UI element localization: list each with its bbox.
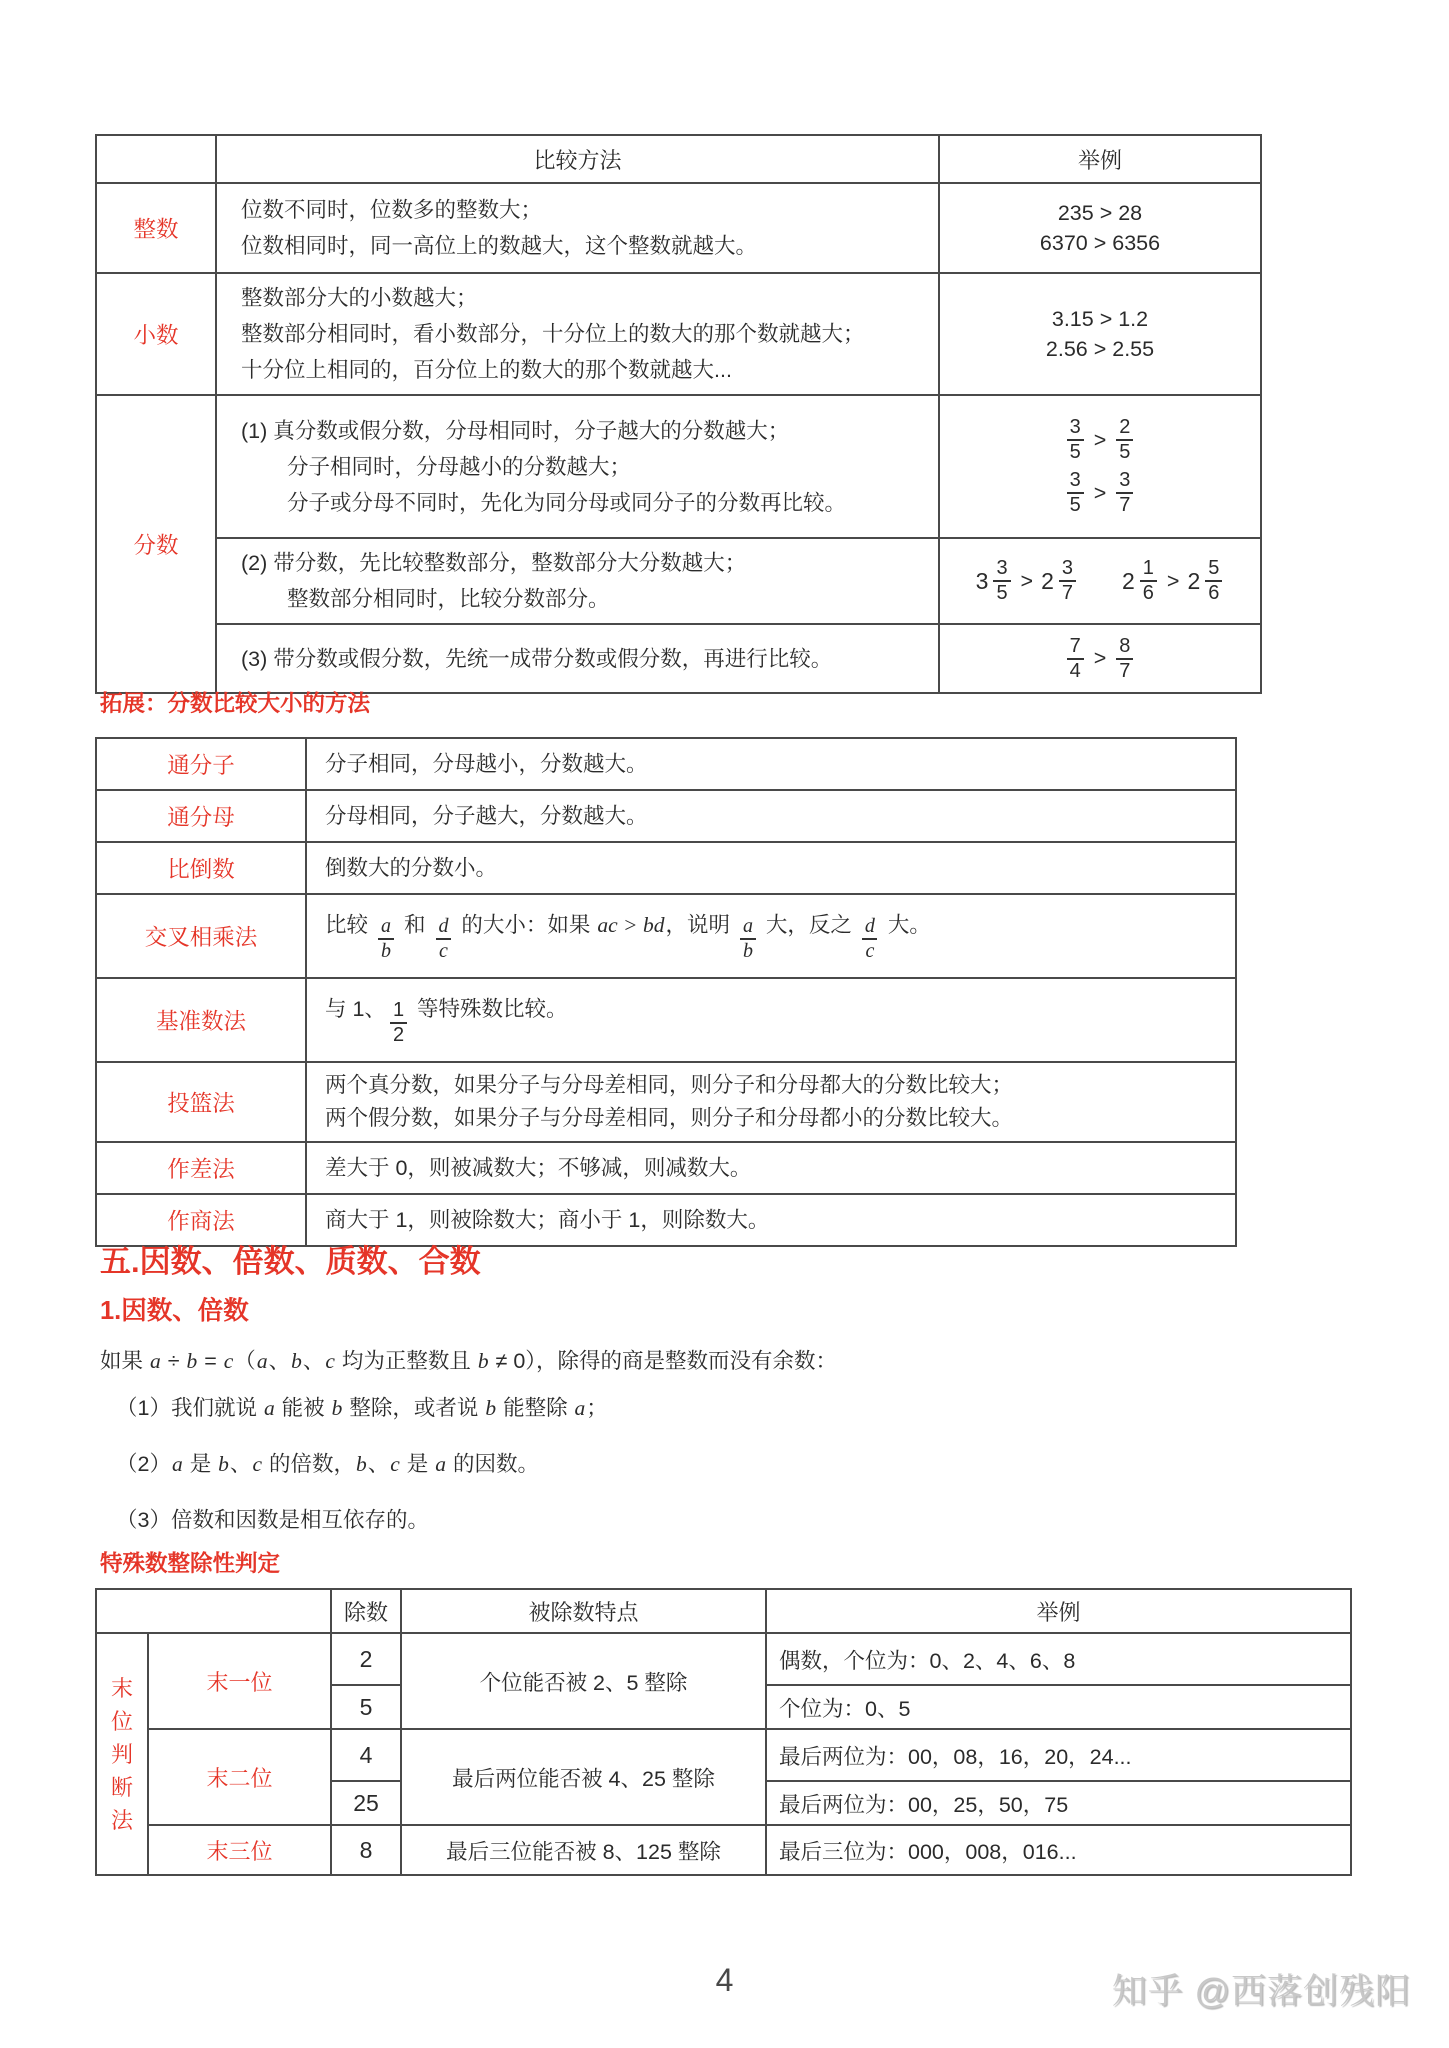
method-name-cell: 投篮法	[96, 1062, 306, 1142]
description-line: 两个假分数，如果分子与分母差相同，则分子和分母都小的分数比较大。	[325, 1102, 1217, 1135]
method-line: (1) 真分数或假分数，分母相同时，分子越大的分数越大；	[241, 413, 924, 449]
definition-item: （1）我们就说 a 能被 b 整除，或者说 b 能整除 a；	[116, 1394, 608, 1423]
whole-number: 3	[976, 568, 989, 595]
blank-header-cell	[96, 1589, 331, 1633]
fraction: 35	[1065, 469, 1086, 517]
method-cell: (2) 带分数，先比较整数部分，整数部分大分数越大；整数部分相同时，比较分数部分…	[216, 538, 939, 624]
method-cell: 整数部分大的小数越大；整数部分相同时，看小数部分，十分位上的数大的那个数就越大；…	[216, 273, 939, 395]
math-variable: a	[574, 1396, 587, 1420]
divisibility-table: 除数被除数特点举例末位判断法末一位2个位能否被 2、5 整除偶数，个位为：0、2…	[95, 1588, 1352, 1876]
math-variable: b	[477, 1349, 490, 1373]
numerator: 1	[1140, 557, 1157, 580]
method-line: 整数部分相同时，比较分数部分。	[241, 581, 924, 617]
math-variable: c	[389, 1452, 401, 1476]
fraction: dc	[433, 915, 453, 963]
math-variable: b	[484, 1396, 497, 1420]
math-variable: ac > bd	[596, 913, 665, 937]
example-cell: 偶数，个位为：0、2、4、6、8	[766, 1633, 1351, 1685]
method-line: 分子相同时，分母越小的分数越大；	[241, 449, 924, 485]
method-line: 位数不同时，位数多的整数大；	[241, 192, 924, 228]
method-name-cell: 通分母	[96, 790, 306, 842]
table-row: 比倒数倒数大的分数小。	[96, 842, 1236, 894]
description-line: 两个真分数，如果分子与分母差相同，则分子和分母都大的分数比较大；	[325, 1069, 1217, 1102]
denominator: 7	[1116, 492, 1133, 517]
method-line: 位数相同时，同一高位上的数越大，这个整数就越大。	[241, 228, 924, 264]
denominator: b	[378, 938, 394, 963]
denominator: 7	[1059, 580, 1076, 605]
fraction: 25	[1114, 416, 1135, 464]
method-line: 分子或分母不同时，先化为同分母或同分子的分数再比较。	[241, 485, 924, 521]
example-cell: 最后两位为：00，25，50，75	[766, 1781, 1351, 1825]
fraction: 335	[976, 557, 1013, 605]
math-variable: b	[290, 1349, 303, 1373]
whole-number: 2	[1187, 568, 1200, 595]
table-header-row: 除数被除数特点举例	[96, 1589, 1351, 1633]
numerator: d	[862, 915, 878, 938]
fraction: 35	[1065, 416, 1086, 464]
description-line: 差大于 0，则被减数大；不够减，则减数大。	[325, 1152, 1217, 1185]
fraction-methods-table: 通分子分子相同，分母越小，分数越大。通分母分母相同，分子越大，分数越大。比倒数倒…	[95, 737, 1237, 1247]
feature-column-header: 被除数特点	[401, 1589, 766, 1633]
method-cell: (3) 带分数或假分数，先统一成带分数或假分数，再进行比较。	[216, 624, 939, 693]
math-variable: b	[217, 1452, 230, 1476]
method-line: (3) 带分数或假分数，先统一成带分数或假分数，再进行比较。	[241, 641, 924, 677]
method-name-cell: 通分子	[96, 738, 306, 790]
table-row: 通分子分子相同，分母越小，分数越大。	[96, 738, 1236, 790]
group-label-cell: 末一位	[148, 1633, 331, 1729]
numerator: a	[378, 915, 394, 938]
description-line: 与 1、12 等特殊数比较。	[325, 993, 1217, 1047]
denominator: 5	[1116, 439, 1133, 464]
method-cell: 位数不同时，位数多的整数大；位数相同时，同一高位上的数越大，这个整数就越大。	[216, 183, 939, 273]
example-line: 2.56 > 2.55	[946, 337, 1254, 362]
row-label-cell: 分数	[96, 395, 216, 693]
method-name-cell: 基准数法	[96, 978, 306, 1062]
denominator: c	[436, 938, 451, 963]
group-label-cell: 末二位	[148, 1729, 331, 1825]
table-row: 交叉相乘法比较 ab 和 dc 的大小：如果 ac > bd，说明 ab 大，反…	[96, 894, 1236, 978]
math-variable: b	[355, 1452, 368, 1476]
number-comparison-table: 比较方法举例整数位数不同时，位数多的整数大；位数相同时，同一高位上的数越大，这个…	[95, 134, 1262, 694]
side-label-cell: 末位判断法	[96, 1633, 148, 1875]
method-description-cell: 比较 ab 和 dc 的大小：如果 ac > bd，说明 ab 大，反之 dc …	[306, 894, 1236, 978]
fraction: 216	[1122, 557, 1159, 605]
example-line: 235 > 28	[946, 201, 1254, 226]
numerator: 3	[1116, 469, 1133, 492]
table-row: 分数(1) 真分数或假分数，分母相同时，分子越大的分数越大；分子相同时，分母越小…	[96, 395, 1261, 538]
example-cell: 74 > 87	[939, 624, 1261, 693]
description-line: 比较 ab 和 dc 的大小：如果 ac > bd，说明 ab 大，反之 dc …	[325, 909, 1217, 963]
whole-number: 2	[1122, 568, 1135, 595]
row-label-cell: 整数	[96, 183, 216, 273]
example-expression: 216 > 256	[1120, 557, 1226, 605]
method-description-cell: 与 1、12 等特殊数比较。	[306, 978, 1236, 1062]
math-variable: c	[223, 1349, 235, 1373]
math-variable: a	[256, 1349, 269, 1373]
numerator: 8	[1116, 635, 1133, 658]
method-line: 十分位上相同的，百分位上的数大的那个数就越大...	[241, 352, 924, 388]
group-label-cell: 末三位	[148, 1825, 331, 1875]
example-expression: 335 > 237	[974, 557, 1080, 605]
table-row: 通分母分母相同，分子越大，分数越大。	[96, 790, 1236, 842]
example-column-header: 举例	[939, 135, 1261, 183]
example-cell: 235 > 286370 > 6356	[939, 183, 1261, 273]
numerator: 1	[390, 999, 407, 1022]
table-row: 末位判断法末一位2个位能否被 2、5 整除偶数，个位为：0、2、4、6、8	[96, 1633, 1351, 1685]
method-line: 整数部分大的小数越大；	[241, 280, 924, 316]
example-cell: 个位为：0、5	[766, 1685, 1351, 1729]
worksheet-page: 比较方法举例整数位数不同时，位数多的整数大；位数相同时，同一高位上的数越大，这个…	[0, 0, 1449, 2048]
example-line: 35 > 37	[946, 469, 1254, 517]
numerator: 3	[1059, 557, 1076, 580]
watermark: 知乎 @西落创残阳	[1112, 1964, 1411, 2014]
denominator: 7	[1116, 658, 1133, 683]
fraction: ab	[738, 915, 758, 963]
table-row: 整数位数不同时，位数多的整数大；位数相同时，同一高位上的数越大，这个整数就越大。…	[96, 183, 1261, 273]
math-variable: a	[149, 1349, 162, 1373]
fraction: 256	[1187, 557, 1224, 605]
denominator: 4	[1067, 658, 1084, 683]
table-header-row: 比较方法举例	[96, 135, 1261, 183]
method-name-cell: 作差法	[96, 1142, 306, 1194]
example-line: 6370 > 6356	[946, 231, 1254, 256]
table-row: 末二位4最后两位能否被 4、25 整除最后两位为：00，08，16，20，24.…	[96, 1729, 1351, 1781]
feature-cell: 个位能否被 2、5 整除	[401, 1633, 766, 1729]
table-row: 作差法差大于 0，则被减数大；不够减，则减数大。	[96, 1142, 1236, 1194]
example-line: 335 > 237216 > 256	[946, 557, 1254, 605]
table-row: 投篮法两个真分数，如果分子与分母差相同，则分子和分母都大的分数比较大；两个假分数…	[96, 1062, 1236, 1142]
divisor-cell: 2	[331, 1633, 401, 1685]
description-line: 分母相同，分子越大，分数越大。	[325, 800, 1217, 833]
math-variable: a	[263, 1396, 276, 1420]
denominator: 2	[390, 1022, 407, 1047]
method-name-cell: 比倒数	[96, 842, 306, 894]
divisor-column-header: 除数	[331, 1589, 401, 1633]
numerator: 3	[1067, 469, 1084, 492]
method-description-cell: 差大于 0，则被减数大；不够减，则减数大。	[306, 1142, 1236, 1194]
math-variable: a	[171, 1452, 184, 1476]
math-variable: b	[185, 1349, 198, 1373]
method-line: (2) 带分数，先比较整数部分，整数部分大分数越大；	[241, 545, 924, 581]
denominator: c	[862, 938, 877, 963]
numerator: 5	[1205, 557, 1222, 580]
fraction: dc	[860, 915, 880, 963]
divisor-cell: 25	[331, 1781, 401, 1825]
example-cell: 最后两位为：00，08，16，20，24...	[766, 1729, 1351, 1781]
method-line: 整数部分相同时，看小数部分，十分位上的数大的那个数就越大；	[241, 316, 924, 352]
special-rule-heading: 特殊数整除性判定	[100, 1546, 280, 1578]
definition-paragraph: 如果 a ÷ b = c（a、b、c 均为正整数且 b ≠ 0），除得的商是整数…	[100, 1344, 837, 1375]
section-five-heading: 五.因数、倍数、质数、合数	[100, 1236, 481, 1281]
row-label-cell: 小数	[96, 273, 216, 395]
example-cell: 35 > 2535 > 37	[939, 395, 1261, 538]
definition-item: （2）a 是 b、c 的倍数，b、c 是 a 的因数。	[116, 1450, 608, 1479]
numerator: 3	[993, 557, 1010, 580]
table-row: (3) 带分数或假分数，先统一成带分数或假分数，再进行比较。74 > 87	[96, 624, 1261, 693]
definition-item: （3）倍数和因数是相互依存的。	[116, 1506, 608, 1535]
method-description-cell: 分母相同，分子越大，分数越大。	[306, 790, 1236, 842]
math-variable: c	[251, 1452, 263, 1476]
description-line: 倒数大的分数小。	[325, 852, 1217, 885]
numerator: 2	[1116, 416, 1133, 439]
description-line: 分子相同，分母越小，分数越大。	[325, 748, 1217, 781]
numerator: d	[435, 915, 451, 938]
side-label-vertical-text: 末位判断法	[109, 1672, 134, 1837]
method-cell: (1) 真分数或假分数，分母相同时，分子越大的分数越大；分子相同时，分母越小的分…	[216, 395, 939, 538]
definition-items: （1）我们就说 a 能被 b 整除，或者说 b 能整除 a；（2）a 是 b、c…	[116, 1394, 608, 1562]
math-variable: b	[331, 1396, 344, 1420]
denominator: 6	[1205, 580, 1222, 605]
example-line: 3.15 > 1.2	[946, 307, 1254, 332]
denominator: 6	[1140, 580, 1157, 605]
example-cell: 3.15 > 1.22.56 > 2.55	[939, 273, 1261, 395]
math-variable: c	[324, 1349, 336, 1373]
table-row: 基准数法与 1、12 等特殊数比较。	[96, 978, 1236, 1062]
example-cell: 最后三位为：000，008，016...	[766, 1825, 1351, 1875]
method-name-cell: 交叉相乘法	[96, 894, 306, 978]
method-description-cell: 两个真分数，如果分子与分母差相同，则分子和分母都大的分数比较大；两个假分数，如果…	[306, 1062, 1236, 1142]
fraction: 237	[1041, 557, 1078, 605]
description-line: 商大于 1，则被除数大；商小于 1，则除数大。	[325, 1204, 1217, 1237]
denominator: b	[740, 938, 756, 963]
divisor-cell: 4	[331, 1729, 401, 1781]
method-description-cell: 分子相同，分母越小，分数越大。	[306, 738, 1236, 790]
denominator: 5	[1067, 492, 1084, 517]
table-row: 小数整数部分大的小数越大；整数部分相同时，看小数部分，十分位上的数大的那个数就越…	[96, 273, 1261, 395]
example-cell: 335 > 237216 > 256	[939, 538, 1261, 624]
blank-header-cell	[96, 135, 216, 183]
subsection-heading: 1.因数、倍数	[100, 1291, 249, 1327]
example-line: 74 > 87	[946, 635, 1254, 683]
denominator: 5	[993, 580, 1010, 605]
fraction: 87	[1114, 635, 1135, 683]
math-variable: a	[434, 1452, 447, 1476]
example-column-header: 举例	[766, 1589, 1351, 1633]
feature-cell: 最后两位能否被 4、25 整除	[401, 1729, 766, 1825]
denominator: 5	[1067, 439, 1084, 464]
fraction: ab	[376, 915, 396, 963]
table-row: (2) 带分数，先比较整数部分，整数部分大分数越大；整数部分相同时，比较分数部分…	[96, 538, 1261, 624]
numerator: 7	[1067, 635, 1084, 658]
fraction: 74	[1065, 635, 1086, 683]
method-description-cell: 倒数大的分数小。	[306, 842, 1236, 894]
expansion-heading: 拓展：分数比较大小的方法	[100, 686, 370, 718]
numerator: 3	[1067, 416, 1084, 439]
method-column-header: 比较方法	[216, 135, 939, 183]
fraction: 37	[1114, 469, 1135, 517]
table-row: 末三位8最后三位能否被 8、125 整除最后三位为：000，008，016...	[96, 1825, 1351, 1875]
divisor-cell: 8	[331, 1825, 401, 1875]
feature-cell: 最后三位能否被 8、125 整除	[401, 1825, 766, 1875]
example-line: 35 > 25	[946, 416, 1254, 464]
divisor-cell: 5	[331, 1685, 401, 1729]
fraction: 12	[388, 999, 409, 1047]
numerator: a	[740, 915, 756, 938]
whole-number: 2	[1041, 568, 1054, 595]
